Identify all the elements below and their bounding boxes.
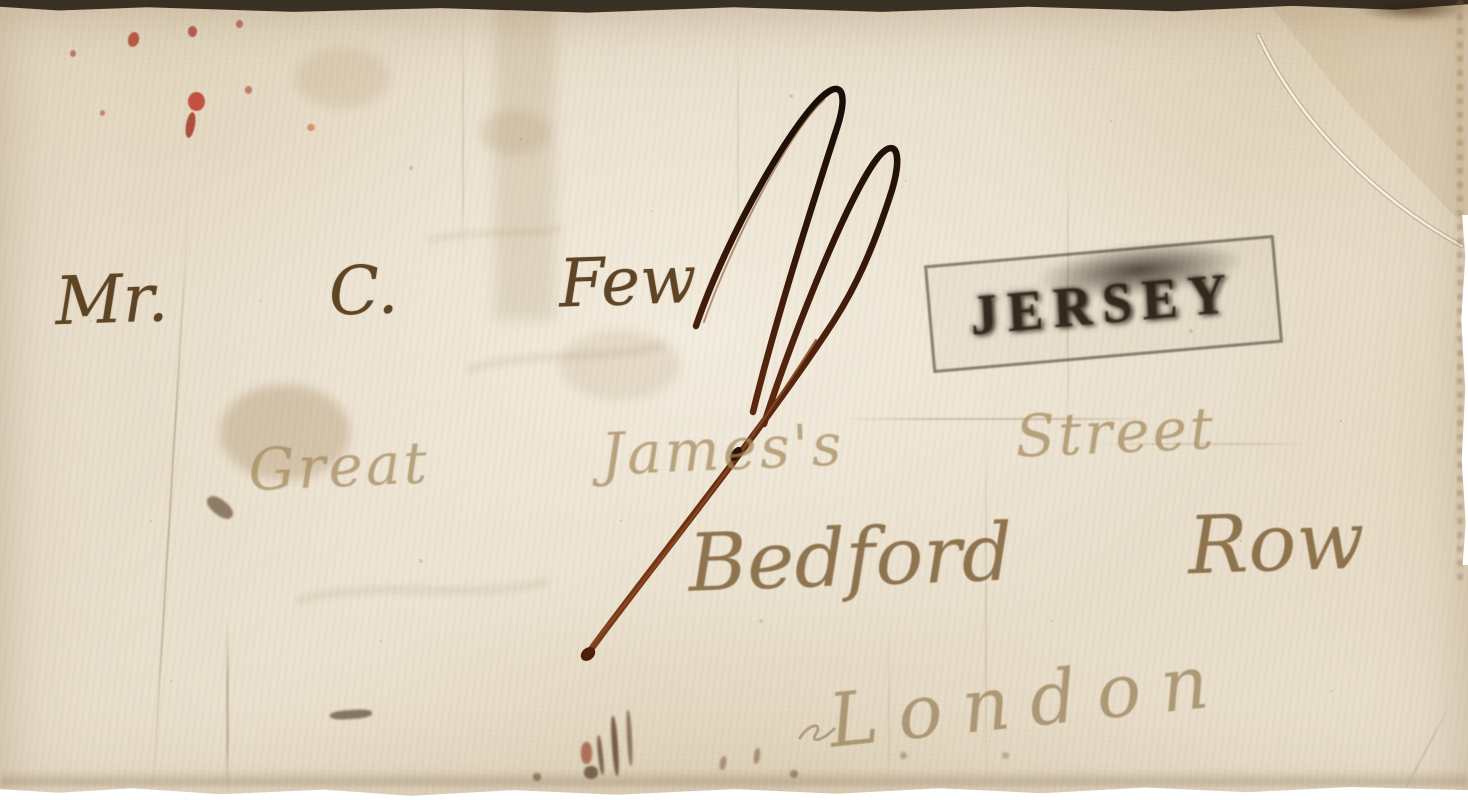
paper-deckle-edge-right xyxy=(1457,0,1463,580)
paper-vignette xyxy=(0,0,1468,800)
paper-bottom-shadow xyxy=(0,770,1468,786)
